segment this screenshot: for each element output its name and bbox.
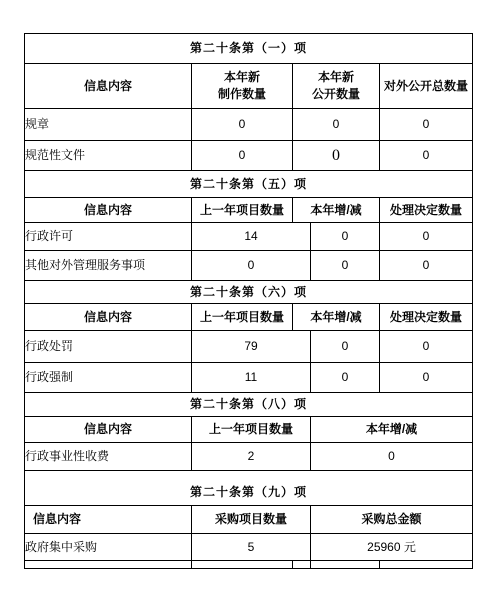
cell-value: 14 [192, 223, 311, 251]
table-row: 行政许可 14 0 0 [25, 223, 473, 251]
column-header-info: 信息内容 [25, 506, 192, 534]
table-row: 行政强制 11 0 0 [25, 363, 473, 393]
cell-value: 2 [192, 443, 311, 471]
row-label: 其他对外管理服务事项 [25, 251, 192, 281]
row-label: 规范性文件 [25, 141, 192, 171]
header-line: 本年新 [192, 69, 292, 86]
header-line: 公开数量 [293, 86, 379, 103]
section-title: 第二十条第（六）项 [25, 281, 473, 304]
report-table: 第二十条第（一）项 信息内容 本年新 制作数量 本年新 公开数量 对外公开总数量… [24, 33, 473, 569]
cell-value: 79 [192, 331, 311, 363]
row-label: 行政强制 [25, 363, 192, 393]
cell-value: 0 [380, 331, 473, 363]
cell-value: 0 [311, 443, 473, 471]
cell-value: 0 [380, 251, 473, 281]
cell-value: 0 [380, 223, 473, 251]
row-label: 行政处罚 [25, 331, 192, 363]
table-row: 规章 0 0 0 [25, 109, 473, 141]
section-5-title-row: 第二十条第（五）项 [25, 171, 473, 198]
cell-value: 0 [192, 141, 293, 171]
column-header-new-open: 本年新 公开数量 [293, 64, 380, 109]
column-header-total-open: 对外公开总数量 [380, 64, 473, 109]
column-header-info: 信息内容 [25, 198, 192, 223]
spacer-cell [380, 561, 473, 569]
section-6-header-row: 信息内容 上一年项目数量 本年增/减 处理决定数量 [25, 304, 473, 331]
table-row: 行政事业性收费 2 0 [25, 443, 473, 471]
cell-value: 0 [311, 223, 380, 251]
section-title: 第二十条第（五）项 [25, 171, 473, 198]
cell-value: 11 [192, 363, 311, 393]
column-header-info: 信息内容 [25, 304, 192, 331]
row-label: 规章 [25, 109, 192, 141]
cell-value: 0 [380, 363, 473, 393]
cell-value: 0 [192, 251, 311, 281]
section-5-header-row: 信息内容 上一年项目数量 本年增/减 处理决定数量 [25, 198, 473, 223]
cell-value: 0 [380, 109, 473, 141]
spacer-cell [293, 561, 311, 569]
row-label: 行政事业性收费 [25, 443, 192, 471]
column-header-prev-count: 上一年项目数量 [192, 304, 293, 331]
cell-value: 0 [311, 331, 380, 363]
column-header-info: 信息内容 [25, 64, 192, 109]
table-row: 政府集中采购 5 25960 元 [25, 534, 473, 561]
column-header-procurement-count: 采购项目数量 [192, 506, 311, 534]
spacer-cell [25, 561, 192, 569]
cell-value: 0 [311, 363, 380, 393]
table-row: 行政处罚 79 0 0 [25, 331, 473, 363]
cell-value: 0 [380, 141, 473, 171]
column-header-new-made: 本年新 制作数量 [192, 64, 293, 109]
cell-value: 0 [192, 109, 293, 141]
section-8-title-row: 第二十条第（八）项 [25, 393, 473, 417]
column-header-procurement-amount: 采购总金额 [311, 506, 473, 534]
section-title: 第二十条第（一）项 [25, 34, 473, 64]
section-9-header-row: 信息内容 采购项目数量 采购总金额 [25, 506, 473, 534]
column-header-prev-count: 上一年项目数量 [192, 417, 311, 443]
section-title: 第二十条第（八）项 [25, 393, 473, 417]
section-1-title-row: 第二十条第（一）项 [25, 34, 473, 64]
column-header-info: 信息内容 [25, 417, 192, 443]
header-line: 制作数量 [192, 86, 292, 103]
column-header-decisions: 处理决定数量 [380, 304, 473, 331]
column-header-decisions: 处理决定数量 [380, 198, 473, 223]
cell-value: 0 [311, 251, 380, 281]
cell-value: 0 [293, 109, 380, 141]
spacer-cell [192, 561, 293, 569]
column-header-change: 本年增/减 [293, 198, 380, 223]
column-header-prev-count: 上一年项目数量 [192, 198, 293, 223]
section-8-header-row: 信息内容 上一年项目数量 本年增/减 [25, 417, 473, 443]
cell-value: 25960 元 [311, 534, 473, 561]
row-label: 政府集中采购 [25, 534, 192, 561]
table-row: 其他对外管理服务事项 0 0 0 [25, 251, 473, 281]
spacer-cell [311, 561, 380, 569]
section-9-title-row: 第二十条第（九）项 [25, 471, 473, 506]
section-title: 第二十条第（九）项 [25, 471, 473, 506]
header-line: 本年新 [293, 69, 379, 86]
section-6-title-row: 第二十条第（六）项 [25, 281, 473, 304]
cell-value: 0 [293, 141, 380, 171]
section-1-header-row: 信息内容 本年新 制作数量 本年新 公开数量 对外公开总数量 [25, 64, 473, 109]
cell-value: 5 [192, 534, 311, 561]
row-label: 行政许可 [25, 223, 192, 251]
spacer-row [25, 561, 473, 569]
table-row: 规范性文件 0 0 0 [25, 141, 473, 171]
column-header-change: 本年增/减 [311, 417, 473, 443]
column-header-change: 本年增/减 [293, 304, 380, 331]
